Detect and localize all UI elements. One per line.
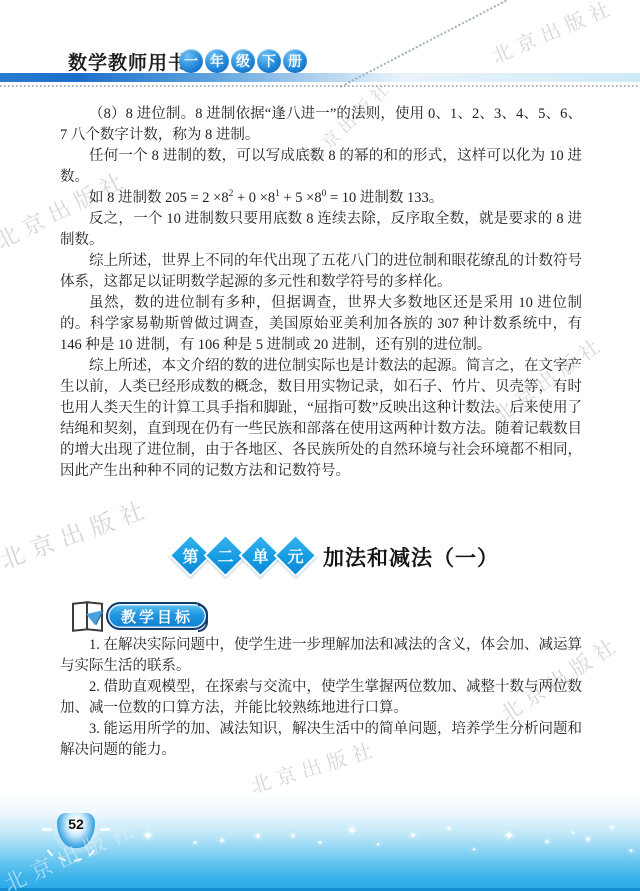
objectives-list: 1. 在解决实际问题中，使学生进一步理解加法和减法的含义，体会加、减运算与实际生… <box>60 635 582 761</box>
grade-badge: 册 <box>283 49 307 73</box>
grade-badge: 级 <box>231 49 255 73</box>
objective-item: 2. 借助直观模型，在探索与交流中，使学生掌握两位数加、减整十数与两位数加、减一… <box>60 677 582 719</box>
series-title: 数学教师用书 <box>68 48 188 75</box>
teaching-goal-label: 教学目标 <box>121 606 193 627</box>
chapter-title: 加法和减法（一） <box>323 542 499 572</box>
sparkle-icon: ✦ <box>317 839 323 847</box>
sparkle-icon: ✦ <box>347 824 357 839</box>
article-body: （8）8 进位制。8 进制依据“逢八进一”的法则，使用 0、1、2、3、4、5、… <box>60 104 582 482</box>
page-number: 52 <box>68 816 84 848</box>
publisher-watermark: 北京出版社 <box>487 0 620 69</box>
sparkle-icon: ✦ <box>409 831 417 842</box>
sparkle-icon: ✦ <box>218 836 226 847</box>
grade-badge-row: 一 年 级 下 册 <box>179 49 307 73</box>
paragraph: 反之，一个 10 进制数只要用底数 8 连续去除，反序取全数，就是要求的 8 进… <box>60 209 582 251</box>
sparkle-icon: ✦ <box>609 824 616 833</box>
badge-dash-left <box>42 828 52 831</box>
sparkle-icon: ✦ <box>628 847 634 855</box>
sparkle-icon: ✦ <box>570 830 575 837</box>
sparkle-icon: ✦ <box>544 838 551 847</box>
unit-diamond: 元 <box>274 534 318 578</box>
sparkle-icon: ✦ <box>584 835 592 846</box>
sparkle-icon: ✦ <box>254 832 262 843</box>
unit-diamond-char: 二 <box>212 542 239 569</box>
formula-line: 如 8 进制数 205 = 2 ×82 + 0 ×81 + 5 ×80 = 10… <box>60 188 582 209</box>
sparkle-icon: ✦ <box>504 828 515 844</box>
sparkle-icon: ✦ <box>446 825 453 834</box>
badge-dash-right <box>100 828 110 831</box>
objective-item: 1. 在解决实际问题中，使学生进一步理解加法和减法的含义，体会加、减运算与实际生… <box>60 635 582 677</box>
pill-tail-arc <box>198 604 208 632</box>
sparkle-icon: ✦ <box>471 847 476 854</box>
paragraph: 综上所述，本文介绍的数的进位制实际也是计数法的起源。简言之，在文字产生以前，人类… <box>60 356 582 482</box>
sparkle-icon: ✦ <box>375 842 380 849</box>
paragraph: （8）8 进位制。8 进制依据“逢八进一”的法则，使用 0、1、2、3、4、5、… <box>60 104 582 146</box>
unit-diamond-char: 元 <box>282 542 309 569</box>
grade-badge: 一 <box>179 49 203 73</box>
paragraph: 综上所述，世界上不同的年代出现了五花八门的进位制和眼花缭乱的计数符号体系，这都足… <box>60 251 582 293</box>
unit-diamond-char: 单 <box>247 542 274 569</box>
grade-badge: 年 <box>205 49 229 73</box>
unit-diamond-char: 第 <box>177 542 204 569</box>
book-page: 北京出版社 北京出版社 北京出版社 北京出版社 北京出版社 北京出版社 北京出版… <box>0 0 640 891</box>
paragraph: 虽然，数的进位制有多种，但据调查，世界大多数地区还是采用 10 进位制的。科学家… <box>60 293 582 356</box>
dotted-rule <box>0 85 640 87</box>
header-gradient-bar <box>0 73 640 82</box>
teaching-goal-pill: 教学目标 <box>106 602 208 630</box>
objective-item: 3. 能运用所学的加、减法知识，解决生活中的简单问题，培养学生分析问题和解决问题… <box>60 719 582 761</box>
grade-badge: 下 <box>257 49 281 73</box>
publisher-watermark: 北京出版社 <box>0 488 155 575</box>
sparkle-icon: ✦ <box>290 832 297 841</box>
paragraph: 任何一个 8 进制的数，可以写成底数 8 的幂的和的形式，这样可以化为 10 进… <box>60 146 582 188</box>
sparkle-icon: ✦ <box>143 828 154 844</box>
open-book-icon <box>72 599 108 631</box>
sparkle-icon: ✦ <box>192 839 198 847</box>
